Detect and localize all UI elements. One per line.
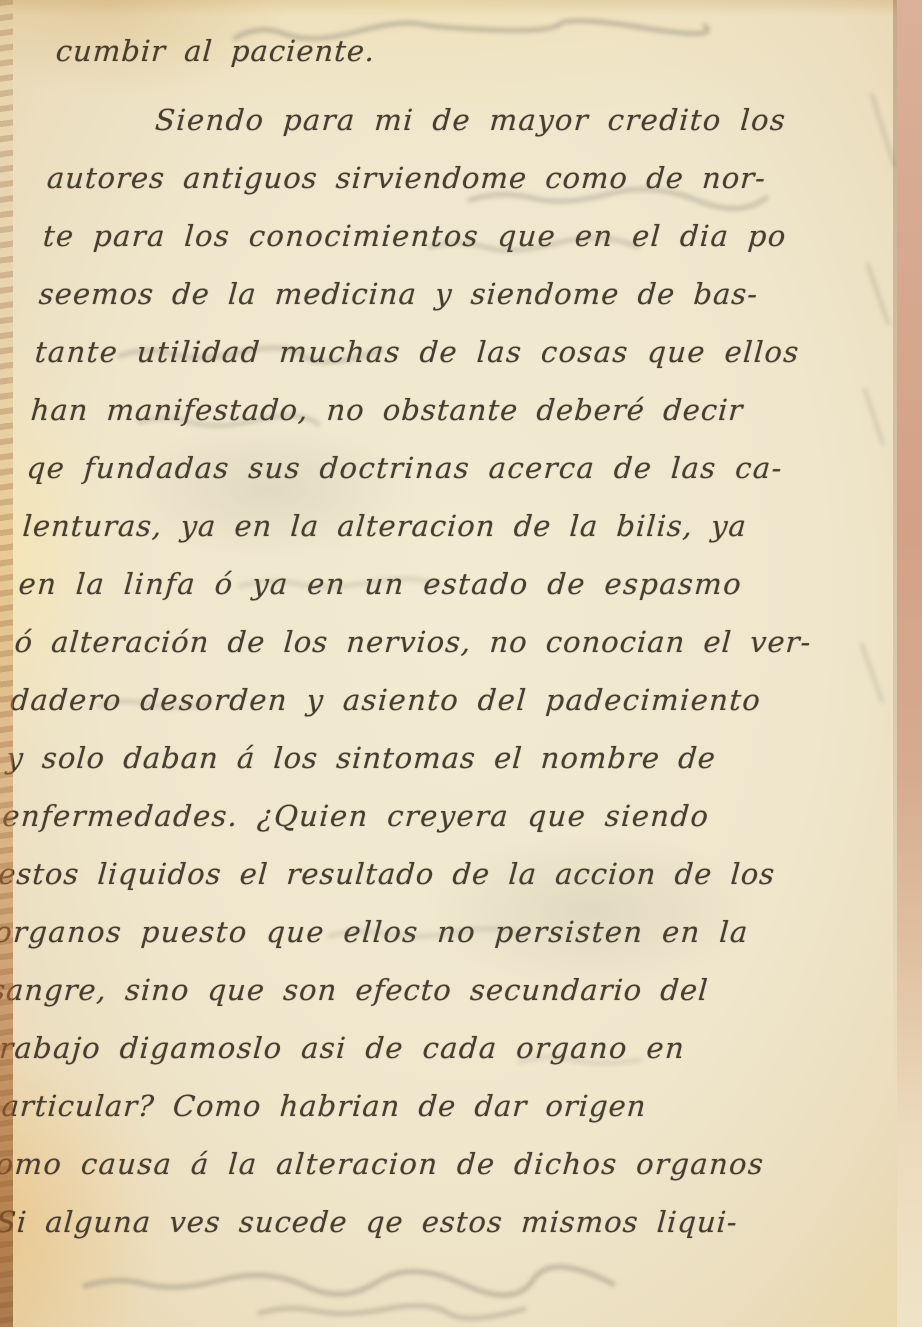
manuscript-line: tante utilidad muchas de las cosas que e…	[33, 323, 917, 381]
manuscript-line: te para los conocimientos que en el dia …	[41, 207, 922, 265]
page-right-edge	[897, 0, 922, 1327]
manuscript-line: organos puesto que ellos no persisten en…	[0, 903, 876, 961]
manuscript-line: sangre, sino que son efecto secundario d…	[0, 961, 872, 1019]
manuscript-line: particular? Como habrian de dar origen	[0, 1077, 864, 1135]
manuscript-line: ó alteración de los nervios, no conocian…	[13, 613, 897, 671]
manuscript-line: dadero desorden y asiento del padecimien…	[9, 671, 893, 729]
manuscript-line: Si alguna ves sucede qe estos mismos liq…	[0, 1193, 856, 1251]
manuscript-text-block: cumbir al paciente. Siendo para mi de ma…	[0, 22, 922, 1251]
manuscript-line: cumbir al paciente.	[54, 22, 922, 80]
manuscript-line: lenturas, ya en la alteracion de la bili…	[21, 497, 905, 555]
manuscript-line: como causa á la alteracion de dichos org…	[0, 1135, 860, 1193]
manuscript-line: estos liquidos el resultado de la accion…	[0, 845, 880, 903]
manuscript-line: trabajo digamoslo asi de cada organo en	[0, 1019, 868, 1077]
manuscript-page: cumbir al paciente. Siendo para mi de ma…	[0, 0, 922, 1327]
manuscript-line: seemos de la medicina y siendome de bas-	[37, 265, 921, 323]
torn-binding-edge	[0, 0, 13, 1327]
manuscript-line: han manifestado, no obstante deberé deci…	[29, 381, 913, 439]
manuscript-line: enfermedades. ¿Quien creyera que siendo	[0, 787, 884, 845]
manuscript-line: qe fundadas sus doctrinas acerca de las …	[25, 439, 909, 497]
manuscript-line: y solo daban á los sintomas el nombre de	[5, 729, 889, 787]
manuscript-line: autores antiguos sirviendome como de nor…	[45, 149, 922, 207]
manuscript-line: en la linfa ó ya en un estado de espasmo	[17, 555, 901, 613]
manuscript-line: Siendo para mi de mayor credito los	[49, 91, 922, 149]
